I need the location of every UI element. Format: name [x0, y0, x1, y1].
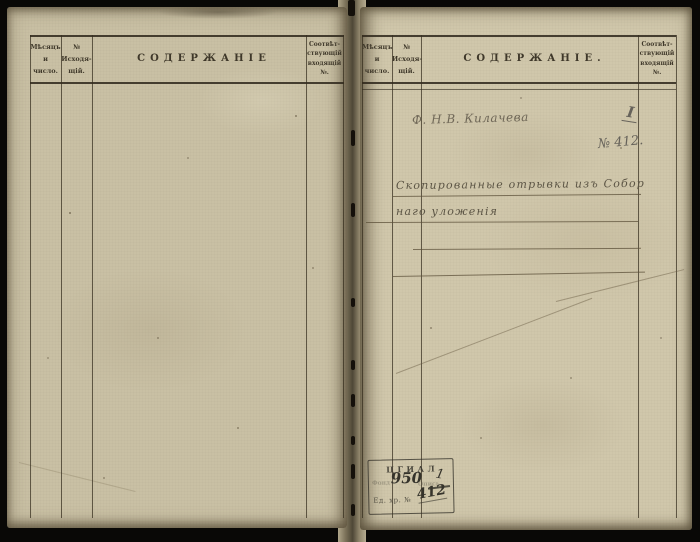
column-header-date: Мѣсяцъ и число.	[362, 35, 392, 82]
header-line: Мѣсяцъ	[362, 41, 392, 53]
binding-stitch	[351, 394, 355, 407]
binding-stitch	[351, 130, 355, 146]
table-vline	[30, 35, 31, 518]
header-line: Исходя-	[61, 53, 92, 65]
header-bottom-rule	[362, 89, 676, 90]
table-vline	[306, 35, 307, 518]
column-header-incoming-number: Соотвѣт- ствующій входящій №.	[638, 35, 676, 82]
archive-stamp: ЦГИАЛ Фонд 950 Опись 1 Ед. хр. № 412	[367, 458, 454, 515]
header-bottom-border	[30, 82, 344, 84]
paper-specks	[360, 7, 362, 9]
header-line: Соотвѣт-	[306, 40, 343, 50]
header-line: №	[61, 41, 92, 53]
table-vline	[676, 35, 677, 518]
column-header-content: СОДЕРЖАНІЕ	[92, 35, 311, 82]
column-header-incoming-number: Соотвѣт- ствующій входящій №.	[306, 35, 343, 82]
binding-stitch	[351, 360, 355, 370]
header-line: щій.	[61, 65, 92, 77]
binding-stitch	[351, 203, 355, 217]
binding-stitch	[351, 504, 355, 516]
binding-stitch	[351, 464, 355, 479]
table-vline	[343, 35, 344, 518]
header-line: ствующій	[638, 49, 676, 59]
column-header-outgoing-number: № Исходя- щій.	[392, 35, 421, 82]
binding-stitch	[351, 298, 355, 307]
binding-stitch	[348, 0, 355, 16]
stamp-opis-number-handwritten: 1	[434, 467, 445, 483]
header-line: входящій	[638, 59, 676, 69]
archival-ledger-scan: Мѣсяцъ и число. № Исходя- щій. СОДЕРЖАНІ…	[0, 0, 700, 542]
ledger-page-right: Мѣсяцъ и число. № Исходя- щій. СОДЕРЖАНІ…	[360, 7, 692, 530]
header-line: ствующій	[306, 49, 343, 59]
header-line: входящій	[306, 59, 343, 69]
header-line: число.	[30, 65, 61, 77]
header-line: СОДЕРЖАНІЕ	[97, 53, 311, 64]
stamp-unit-label: Ед. хр. №	[373, 496, 411, 505]
table-vline	[61, 35, 62, 518]
header-line: №.	[306, 68, 343, 78]
header-bottom-border	[362, 82, 676, 84]
header-line: СОДЕРЖАНІЕ.	[426, 53, 643, 64]
stamp-unit-number-handwritten: 412	[416, 482, 448, 504]
column-header-outgoing-number: № Исходя- щій.	[61, 35, 92, 82]
table-vline	[92, 35, 93, 518]
paper-specks	[7, 7, 9, 9]
header-line: и	[30, 53, 61, 65]
header-line: число.	[362, 65, 392, 77]
stamp-fond-label: Фонд	[372, 479, 390, 486]
header-line: щій.	[392, 65, 421, 77]
table-vline	[362, 35, 363, 518]
entry-text-line2: наго уложенія	[396, 205, 498, 218]
header-line: №	[392, 41, 421, 53]
binding-stitch	[351, 436, 355, 445]
ledger-page-left: Мѣсяцъ и число. № Исходя- щій. СОДЕРЖАНІ…	[7, 7, 347, 528]
header-line: Мѣсяцъ	[30, 41, 61, 53]
header-line: Исходя-	[392, 53, 421, 65]
entry-text-line1: Скопированные отрывки изъ Собор	[396, 177, 645, 192]
column-header-date: Мѣсяцъ и число.	[30, 35, 61, 82]
header-line: и	[362, 53, 392, 65]
ledger-table-left: Мѣсяцъ и число. № Исходя- щій. СОДЕРЖАНІ…	[30, 35, 344, 518]
header-line: №.	[638, 68, 676, 78]
column-header-content: СОДЕРЖАНІЕ.	[421, 35, 643, 82]
header-line: Соотвѣт-	[638, 40, 676, 50]
sheet-numeral-pencil: I	[622, 102, 640, 123]
